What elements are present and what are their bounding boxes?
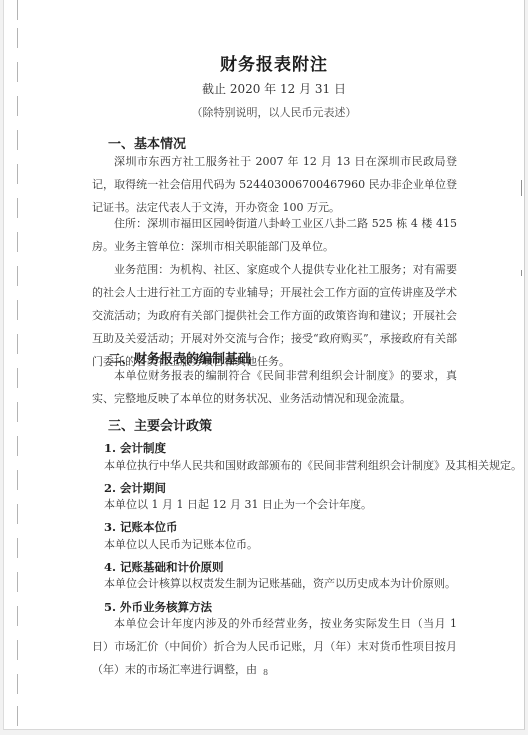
subsection-heading: 4. 记账基础和计价原则 (104, 559, 224, 575)
report-date: 截止 2020 年 12 月 31 日 (74, 80, 474, 97)
subsection-heading: 3. 记账本位币 (104, 519, 178, 535)
paragraph: 本单位执行中华人民共和国财政部颁布的《民间非营利组织会计制度》及其相关规定。 (104, 458, 464, 474)
subsection-heading: 2. 会计期间 (104, 480, 166, 496)
currency-note: （除特别说明，以人民币元表述） (74, 104, 474, 120)
paragraph: 本单位以人民币为记账本位币。 (104, 537, 464, 553)
edge-marks (518, 0, 522, 729)
document-page: 财务报表附注 截止 2020 年 12 月 31 日 （除特别说明，以人民币元表… (3, 0, 525, 730)
section-heading: 三、主要会计政策 (108, 415, 212, 434)
paragraph: 本单位以 1 月 1 日起 12 月 31 日止为一个会计年度。 (104, 497, 464, 513)
paragraph: 业务主管单位：深圳市相关职能部门及单位。 (92, 235, 457, 258)
binding-marks (16, 0, 22, 729)
subsection-heading: 1. 会计制度 (104, 440, 166, 456)
paragraph: 本单位会计年度内涉及的外币经营业务，按业务实际发生日（当月 1 日）市场汇价（中… (92, 612, 457, 681)
paragraph: 深圳市东西方社工服务社于 2007 年 12 月 13 日在深圳市民政局登记，取… (92, 150, 457, 219)
paragraph: 本单位会计核算以权责发生制为记账基础，资产以历史成本为计价原则。 (104, 576, 464, 592)
paragraph: 本单位财务报表的编制符合《民间非营利组织会计制度》的要求，真实、完整地反映了本单… (92, 364, 457, 410)
page-title: 财务报表附注 (74, 50, 474, 75)
page-number: 8 (263, 668, 268, 677)
